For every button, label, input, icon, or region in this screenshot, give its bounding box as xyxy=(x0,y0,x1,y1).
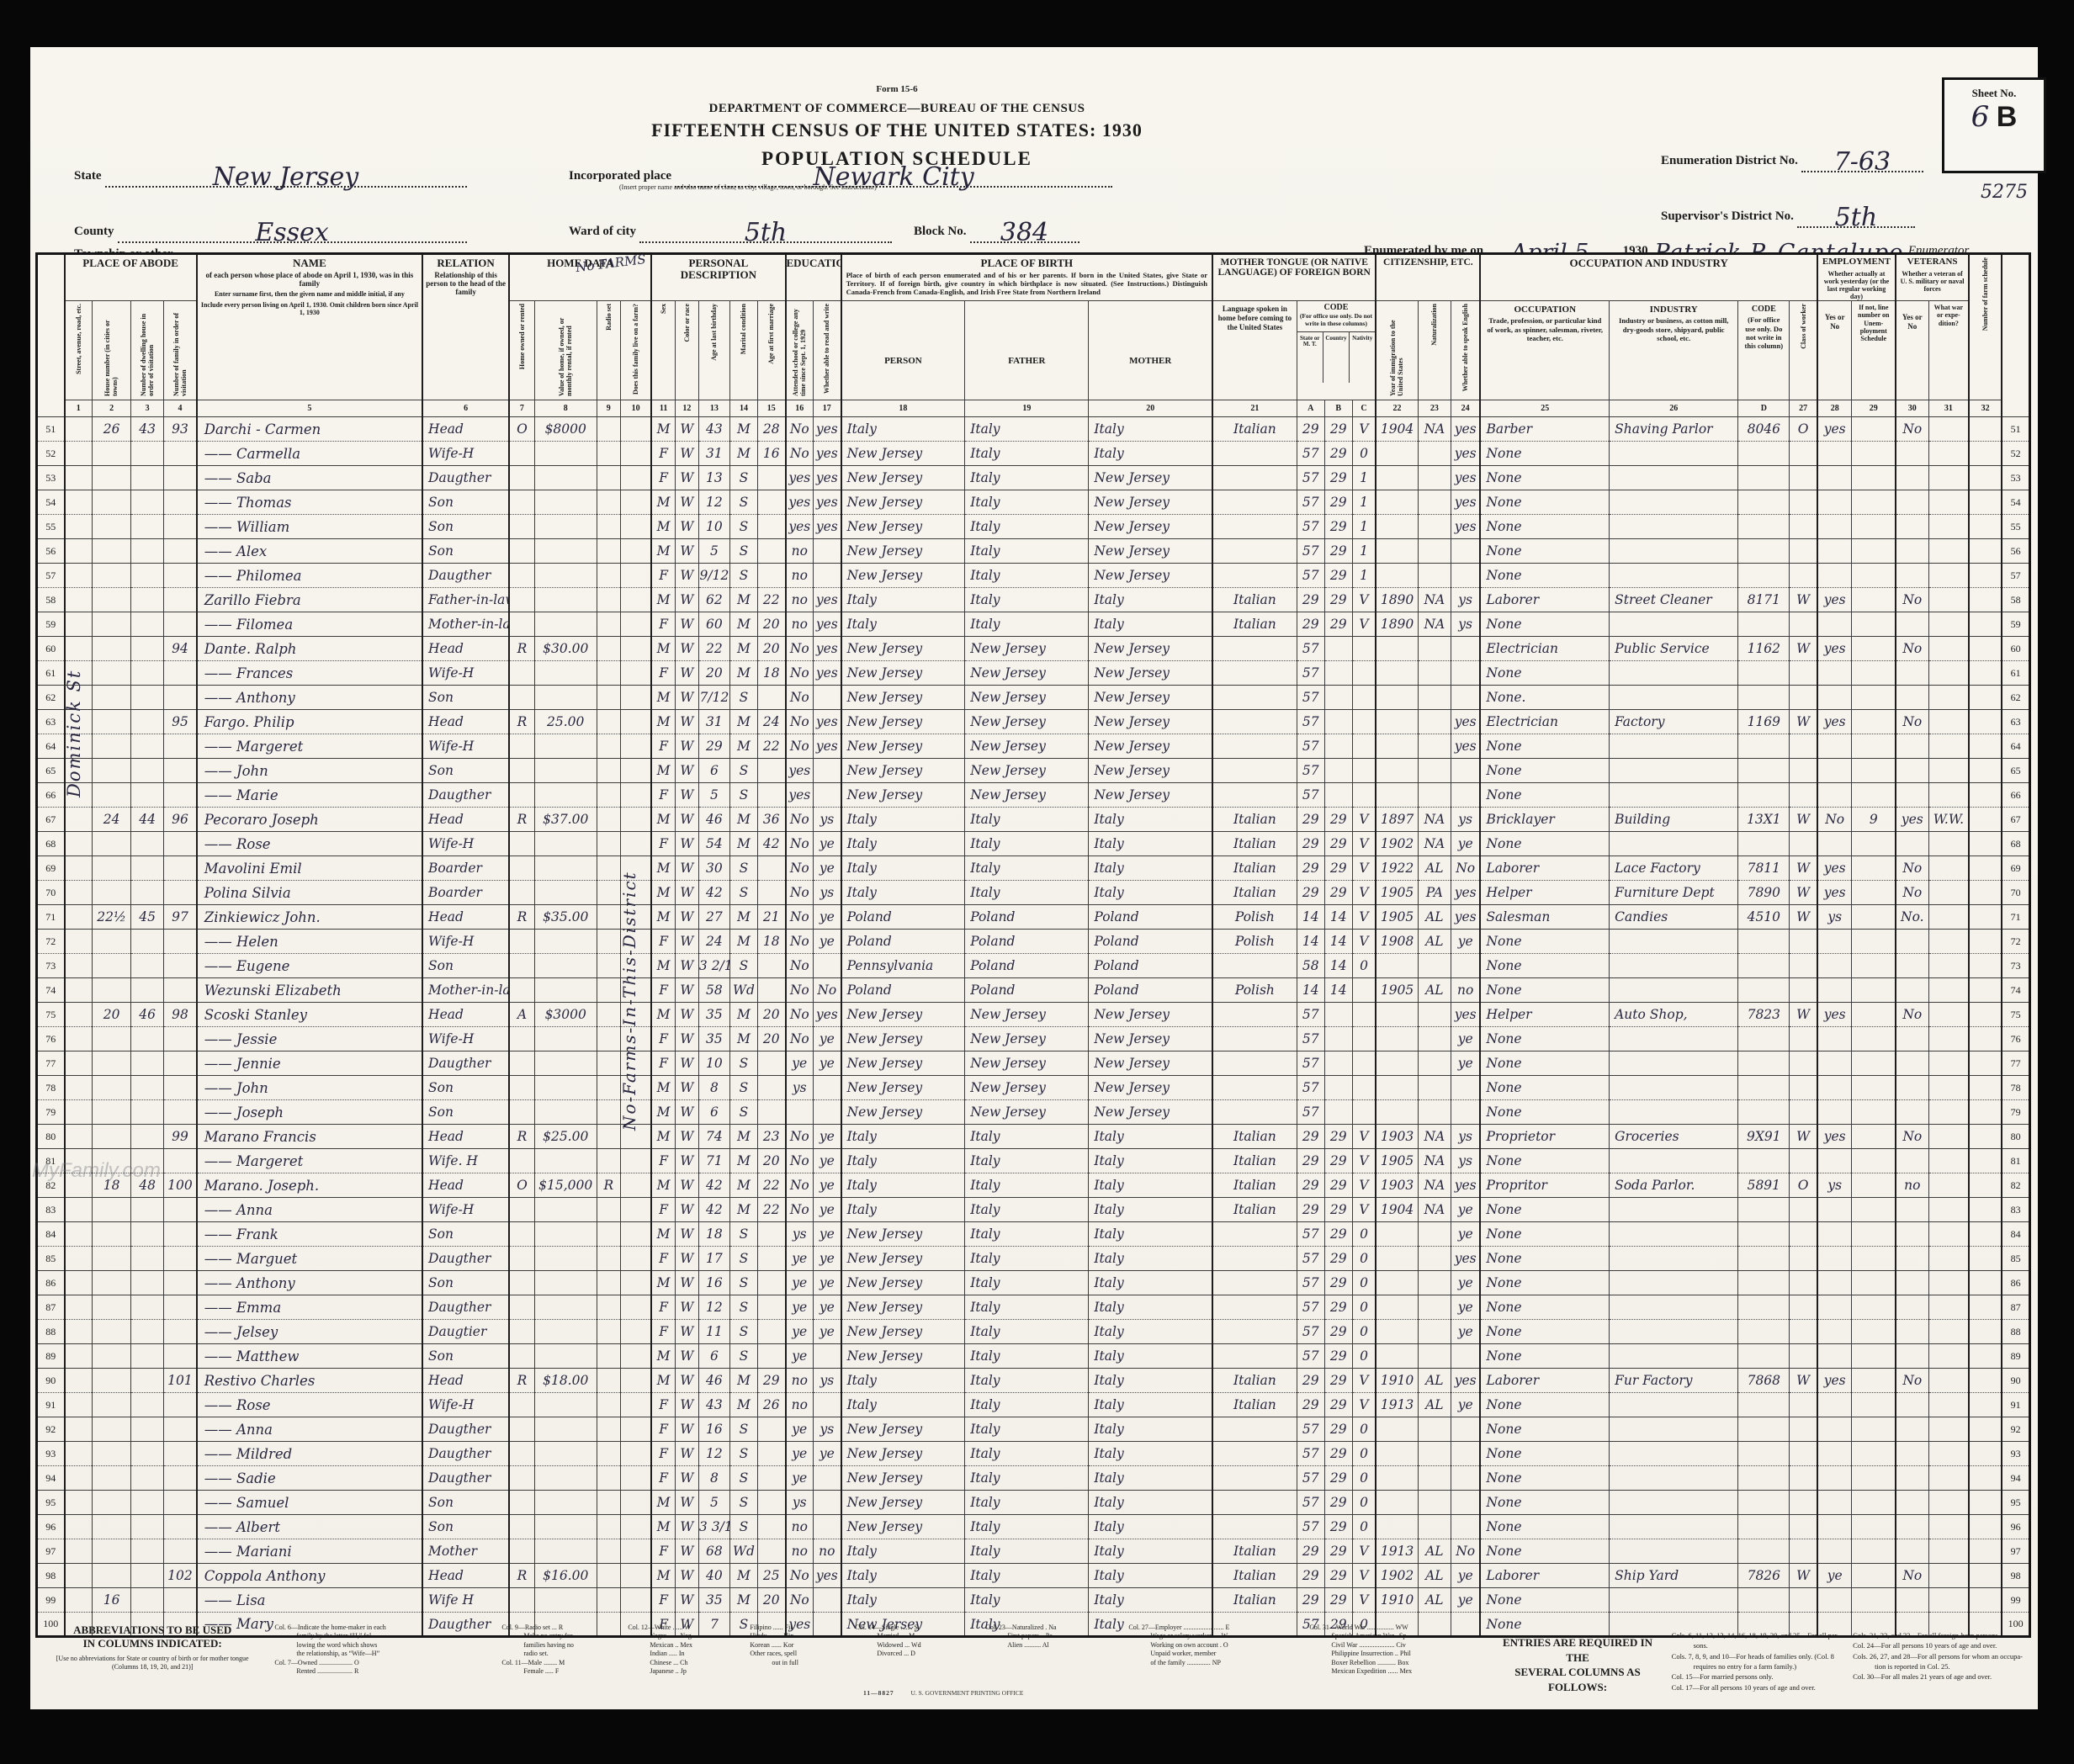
cell-mother-birthplace: Italy xyxy=(1089,856,1212,881)
cell-code-b: 29 xyxy=(1324,856,1352,881)
cell-language: Italian xyxy=(1212,1173,1297,1198)
cell-farm-schedule xyxy=(1969,905,2002,930)
col-head-house-number: House number (in cities or towns) xyxy=(93,301,131,400)
cell-age-married xyxy=(757,515,785,539)
cell-worked-yesterday: yes xyxy=(1817,417,1852,442)
cell-farm xyxy=(620,1247,651,1271)
cell-radio xyxy=(597,1466,620,1491)
cell-owned-rented xyxy=(509,1149,534,1173)
cell-name: —— Frank xyxy=(197,1222,422,1247)
cell-marital: M xyxy=(729,930,757,954)
cell-industry xyxy=(1610,564,1738,588)
column-number: 22 xyxy=(1376,400,1418,417)
cell-worked-yesterday xyxy=(1817,515,1852,539)
cell-school: No xyxy=(786,856,814,881)
cell-dwelling-number xyxy=(131,832,164,856)
cell-radio xyxy=(597,1539,620,1564)
cell-home-value: $18.00 xyxy=(534,1369,597,1393)
cell-marital: S xyxy=(729,1466,757,1491)
cell-war xyxy=(1928,1588,1969,1613)
cell-relation: Daugther xyxy=(422,1247,509,1271)
cell-class-of-worker xyxy=(1790,466,1817,490)
cell-marital: M xyxy=(729,1003,757,1027)
cell-immigration-year xyxy=(1376,1247,1418,1271)
cell-dwelling-number xyxy=(131,686,164,710)
cell-veteran xyxy=(1896,1491,1928,1515)
cell-language xyxy=(1212,490,1297,515)
cell-name: Marano Francis xyxy=(197,1125,422,1149)
cell-immigration-year xyxy=(1376,1222,1418,1247)
cell-dwelling-number xyxy=(131,856,164,881)
cell-name: —— Margeret xyxy=(197,734,422,759)
cell-occupation: None xyxy=(1480,832,1609,856)
cell-birthplace: New Jersey xyxy=(841,686,965,710)
cell-farm-schedule xyxy=(1969,539,2002,564)
cell-age: 20 xyxy=(698,661,729,686)
table-row: 90101Restivo CharlesHeadR$18.00MW46M29no… xyxy=(37,1369,2030,1393)
cell-color: W xyxy=(675,466,698,490)
cell-code-c xyxy=(1352,637,1376,661)
cell-veteran xyxy=(1896,515,1928,539)
cell-code-b: 29 xyxy=(1324,1515,1352,1539)
cell-mother-birthplace: Italy xyxy=(1089,1588,1212,1613)
cell-war xyxy=(1928,1564,1969,1588)
cell-worked-yesterday xyxy=(1817,490,1852,515)
cell-immigration-year xyxy=(1376,1271,1418,1295)
table-row: 77—— JennieDaugtherFW10SyeyeNew JerseyNe… xyxy=(37,1052,2030,1076)
cell-industry: Fur Factory xyxy=(1610,1369,1738,1393)
cell-read-write: yes xyxy=(814,637,841,661)
cell-street xyxy=(65,856,93,881)
cell-home-value xyxy=(534,539,597,564)
cell-father-birthplace: New Jersey xyxy=(965,637,1089,661)
cell-street xyxy=(65,1588,93,1613)
cell-sex: M xyxy=(651,808,675,832)
cell-color: W xyxy=(675,612,698,637)
cell-speaks-english: ye xyxy=(1451,930,1480,954)
line-number: 79 xyxy=(37,1100,65,1125)
cell-speaks-english xyxy=(1451,783,1480,808)
col-head-code-d: CODE(For office use only. Do not write i… xyxy=(1738,301,1790,400)
cell-father-birthplace: Italy xyxy=(965,490,1089,515)
cell-speaks-english: no xyxy=(1451,978,1480,1003)
cell-marital: S xyxy=(729,1320,757,1344)
cell-family-number xyxy=(164,612,197,637)
cell-code-a: 29 xyxy=(1297,1393,1324,1417)
cell-read-write xyxy=(814,1344,841,1369)
cell-radio xyxy=(597,856,620,881)
cell-mother-birthplace: Italy xyxy=(1089,881,1212,905)
cell-birthplace: New Jersey xyxy=(841,1344,965,1369)
cell-veteran xyxy=(1896,490,1928,515)
cell-war xyxy=(1928,661,1969,686)
cell-dwelling-number: 44 xyxy=(131,808,164,832)
cell-code-c: V xyxy=(1352,612,1376,637)
cell-code xyxy=(1738,978,1790,1003)
cell-farm xyxy=(620,1515,651,1539)
cell-birthplace: New Jersey xyxy=(841,783,965,808)
cell-code-c xyxy=(1352,759,1376,783)
cell-veteran xyxy=(1896,1100,1928,1125)
cell-code-c xyxy=(1352,1100,1376,1125)
group-relation: RELATIONRelationship of this person to t… xyxy=(422,254,509,400)
cell-occupation: Electrician xyxy=(1480,710,1609,734)
cell-farm-schedule xyxy=(1969,1564,2002,1588)
cell-code-b xyxy=(1324,783,1352,808)
cell-language: Italian xyxy=(1212,588,1297,612)
cell-class-of-worker xyxy=(1790,1442,1817,1466)
cell-naturalization xyxy=(1418,1003,1451,1027)
cell-age: 60 xyxy=(698,612,729,637)
col-head-street: Street, avenue, road, etc. xyxy=(65,301,93,400)
cell-code-b: 29 xyxy=(1324,1222,1352,1247)
cell-class-of-worker xyxy=(1790,1027,1817,1052)
cell-speaks-english xyxy=(1451,759,1480,783)
column-number: 32 xyxy=(1969,400,2002,417)
cell-relation: Son xyxy=(422,1222,509,1247)
watermark: MyFamily.com xyxy=(32,1159,161,1183)
form-header: Form 15-6 DEPARTMENT OF COMMERCE—BUREAU … xyxy=(30,47,2038,252)
cell-class-of-worker: O xyxy=(1790,1173,1817,1198)
cell-father-birthplace: New Jersey xyxy=(965,1076,1089,1100)
entries-columns: Cols. 6, 11, 12, 13, 14, 16, 18, 19, 20,… xyxy=(1665,1622,2029,1692)
cell-mother-birthplace: Italy xyxy=(1089,832,1212,856)
cell-veteran xyxy=(1896,1198,1928,1222)
cell-code xyxy=(1738,1100,1790,1125)
cell-speaks-english: No xyxy=(1451,1539,1480,1564)
cell-school: No xyxy=(786,637,814,661)
cell-birthplace: Poland xyxy=(841,905,965,930)
cell-speaks-english xyxy=(1451,1076,1480,1100)
cell-house-number xyxy=(93,539,131,564)
cell-farm-schedule xyxy=(1969,442,2002,466)
cell-father-birthplace: New Jersey xyxy=(965,686,1089,710)
cell-name: —— Marguet xyxy=(197,1247,422,1271)
cell-code xyxy=(1738,490,1790,515)
cell-owned-rented xyxy=(509,1295,534,1320)
cell-home-value xyxy=(534,442,597,466)
cell-dwelling-number xyxy=(131,1564,164,1588)
cell-mother-birthplace: Italy xyxy=(1089,808,1212,832)
cell-unemployment-line xyxy=(1852,1125,1896,1149)
cell-relation: Son xyxy=(422,954,509,978)
cell-industry xyxy=(1610,1466,1738,1491)
cell-house-number xyxy=(93,759,131,783)
cell-farm-schedule xyxy=(1969,1539,2002,1564)
line-number: 97 xyxy=(37,1539,65,1564)
cell-age-married: 23 xyxy=(757,1125,785,1149)
table-row: 95—— SamuelSonMW5SysNew JerseyItalyItaly… xyxy=(37,1491,2030,1515)
cell-father-birthplace: Italy xyxy=(965,1442,1089,1466)
cell-class-of-worker xyxy=(1790,954,1817,978)
cell-house-number xyxy=(93,1491,131,1515)
cell-class-of-worker xyxy=(1790,1515,1817,1539)
cell-sex: M xyxy=(651,1125,675,1149)
cell-speaks-english: yes xyxy=(1451,1369,1480,1393)
cell-read-write: yes xyxy=(814,515,841,539)
cell-class-of-worker xyxy=(1790,759,1817,783)
cell-marital: S xyxy=(729,1515,757,1539)
cell-code: 9X91 xyxy=(1738,1125,1790,1149)
cell-name: —— Sadie xyxy=(197,1466,422,1491)
cell-code-c: V xyxy=(1352,1393,1376,1417)
cell-school: No xyxy=(786,710,814,734)
cell-farm-schedule xyxy=(1969,856,2002,881)
line-number: 99 xyxy=(2002,1588,2029,1613)
col-head-speaks-english: Whether able to speak English xyxy=(1451,301,1480,400)
cell-school: ye xyxy=(786,1344,814,1369)
cell-naturalization xyxy=(1418,734,1451,759)
cell-color: W xyxy=(675,1417,698,1442)
cell-worked-yesterday: yes xyxy=(1817,637,1852,661)
cell-occupation: None xyxy=(1480,1491,1609,1515)
cell-war xyxy=(1928,930,1969,954)
cell-veteran xyxy=(1896,1539,1928,1564)
cell-industry xyxy=(1610,515,1738,539)
line-column-head xyxy=(37,254,65,417)
cell-code-a: 29 xyxy=(1297,417,1324,442)
block-value: 384 xyxy=(1000,218,1048,247)
cell-marital: S xyxy=(729,515,757,539)
cell-birthplace: New Jersey xyxy=(841,1442,965,1466)
cell-code-c: 1 xyxy=(1352,564,1376,588)
cell-veteran xyxy=(1896,686,1928,710)
cell-read-write: ye xyxy=(814,1295,841,1320)
cell-code-b xyxy=(1324,1076,1352,1100)
col-head-occupation: OCCUPATIONTrade, profession, or particul… xyxy=(1480,301,1609,400)
cell-veteran: no xyxy=(1896,1173,1928,1198)
table-row: 98102Coppola AnthonyHeadR$16.00MW40M25No… xyxy=(37,1564,2030,1588)
cell-relation: Son xyxy=(422,1076,509,1100)
cell-dwelling-number xyxy=(131,1417,164,1442)
cell-radio xyxy=(597,637,620,661)
cell-unemployment-line xyxy=(1852,417,1896,442)
cell-code-c xyxy=(1352,1052,1376,1076)
cell-sex: F xyxy=(651,1198,675,1222)
line-number: 53 xyxy=(2002,466,2029,490)
column-number: 16 xyxy=(786,400,814,417)
cell-code xyxy=(1738,612,1790,637)
line-number: 95 xyxy=(2002,1491,2029,1515)
cell-worked-yesterday: No xyxy=(1817,808,1852,832)
cell-read-write: yes xyxy=(814,490,841,515)
column-number: 20 xyxy=(1089,400,1212,417)
cell-immigration-year xyxy=(1376,1466,1418,1491)
cell-age-married: 24 xyxy=(757,710,785,734)
cell-code-a: 57 xyxy=(1297,539,1324,564)
cell-language xyxy=(1212,734,1297,759)
cell-war xyxy=(1928,637,1969,661)
cell-marital: M xyxy=(729,1027,757,1052)
cell-dwelling-number xyxy=(131,1344,164,1369)
cell-read-write xyxy=(814,1100,841,1125)
cell-speaks-english: No xyxy=(1451,856,1480,881)
col-head-language: Language spoken in home before coming to… xyxy=(1212,301,1297,400)
cell-veteran xyxy=(1896,1417,1928,1442)
cell-war xyxy=(1928,1393,1969,1417)
cell-read-write: ye xyxy=(814,1442,841,1466)
cell-family-number xyxy=(164,564,197,588)
cell-dwelling-number xyxy=(131,1052,164,1076)
margin-number: 5275 xyxy=(1981,182,2028,203)
cell-color: W xyxy=(675,881,698,905)
cell-code-c: 0 xyxy=(1352,1491,1376,1515)
cell-industry xyxy=(1610,661,1738,686)
cell-war xyxy=(1928,1320,1969,1344)
cell-language xyxy=(1212,442,1297,466)
cell-owned-rented xyxy=(509,856,534,881)
cell-color: W xyxy=(675,637,698,661)
cell-code-a: 57 xyxy=(1297,1027,1324,1052)
cell-code-b: 29 xyxy=(1324,1198,1352,1222)
line-number: 87 xyxy=(2002,1295,2029,1320)
cell-farm xyxy=(620,417,651,442)
cell-code-b xyxy=(1324,759,1352,783)
cell-code-c: V xyxy=(1352,856,1376,881)
cell-speaks-english: ye xyxy=(1451,1588,1480,1613)
cell-sex: F xyxy=(651,1588,675,1613)
cell-birthplace: New Jersey xyxy=(841,759,965,783)
cell-farm-schedule xyxy=(1969,1271,2002,1295)
cell-home-value xyxy=(534,978,597,1003)
cell-farm xyxy=(620,490,651,515)
cell-code-a: 57 xyxy=(1297,710,1324,734)
cell-immigration-year xyxy=(1376,1515,1418,1539)
cell-name: —— Rose xyxy=(197,1393,422,1417)
cell-age-married xyxy=(757,881,785,905)
cell-school: no xyxy=(786,564,814,588)
cell-immigration-year: 1902 xyxy=(1376,1564,1418,1588)
cell-occupation: Barber xyxy=(1480,417,1609,442)
cell-radio xyxy=(597,978,620,1003)
table-row: 89—— MatthewSonMW6SyeNew JerseyItalyItal… xyxy=(37,1344,2030,1369)
line-number: 82 xyxy=(2002,1173,2029,1198)
cell-age: 6 xyxy=(698,759,729,783)
cell-age: 8 xyxy=(698,1466,729,1491)
cell-class-of-worker xyxy=(1790,1052,1817,1076)
column-number: 19 xyxy=(965,400,1089,417)
cell-speaks-english xyxy=(1451,1100,1480,1125)
cell-relation: Daugther xyxy=(422,466,509,490)
cell-relation: Boarder xyxy=(422,856,509,881)
cell-radio xyxy=(597,905,620,930)
cell-farm-schedule xyxy=(1969,1125,2002,1149)
cell-age-married xyxy=(757,1320,785,1344)
cell-code-b: 29 xyxy=(1324,808,1352,832)
cell-industry xyxy=(1610,1076,1738,1100)
cell-occupation: None xyxy=(1480,930,1609,954)
cell-code-c xyxy=(1352,1003,1376,1027)
cell-radio xyxy=(597,1149,620,1173)
line-number: 54 xyxy=(37,490,65,515)
cell-home-value: $30.00 xyxy=(534,637,597,661)
cell-veteran xyxy=(1896,1320,1928,1344)
cell-relation: Son xyxy=(422,539,509,564)
column-number: 17 xyxy=(814,400,841,417)
cell-language: Italian xyxy=(1212,1588,1297,1613)
cell-mother-birthplace: New Jersey xyxy=(1089,710,1212,734)
cell-father-birthplace: Italy xyxy=(965,1515,1089,1539)
col-head-radio: Radio set xyxy=(597,301,620,400)
cell-farm-schedule xyxy=(1969,417,2002,442)
cell-industry: Building xyxy=(1610,808,1738,832)
cell-sex: F xyxy=(651,1442,675,1466)
cell-radio xyxy=(597,1222,620,1247)
cell-home-value xyxy=(534,1076,597,1100)
cell-dwelling-number xyxy=(131,759,164,783)
cell-code-a: 57 xyxy=(1297,1491,1324,1515)
cell-code-a: 57 xyxy=(1297,1052,1324,1076)
cell-naturalization xyxy=(1418,1515,1451,1539)
cell-industry: Auto Shop, xyxy=(1610,1003,1738,1027)
cell-code-b: 29 xyxy=(1324,442,1352,466)
entries-column: Cols. 21, 22, and 23—For all foreign-bor… xyxy=(1846,1622,2029,1692)
cell-war xyxy=(1928,832,1969,856)
cell-class-of-worker xyxy=(1790,442,1817,466)
cell-code-b xyxy=(1324,734,1352,759)
cell-birthplace: Pennsylvania xyxy=(841,954,965,978)
cell-war xyxy=(1928,1515,1969,1539)
cell-farm-schedule xyxy=(1969,1003,2002,1027)
cell-age-married: 20 xyxy=(757,1003,785,1027)
column-number: 4 xyxy=(164,400,197,417)
cell-father-birthplace: Italy xyxy=(965,1222,1089,1247)
cell-speaks-english xyxy=(1451,1417,1480,1442)
group-employment: EMPLOYMENTWhether actually at work yeste… xyxy=(1817,254,1896,301)
cell-house-number xyxy=(93,1564,131,1588)
cell-unemployment-line xyxy=(1852,539,1896,564)
cell-code-a: 29 xyxy=(1297,1369,1324,1393)
cell-immigration-year xyxy=(1376,759,1418,783)
cell-farm xyxy=(620,1588,651,1613)
cell-sex: F xyxy=(651,1393,675,1417)
cell-occupation: None xyxy=(1480,978,1609,1003)
cell-worked-yesterday xyxy=(1817,442,1852,466)
cell-radio xyxy=(597,1344,620,1369)
cell-code-b: 29 xyxy=(1324,1417,1352,1442)
line-number: 89 xyxy=(37,1344,65,1369)
cell-birthplace: Italy xyxy=(841,856,965,881)
cell-code-c xyxy=(1352,661,1376,686)
cell-name: Zinkiewicz John. xyxy=(197,905,422,930)
cell-farm-schedule xyxy=(1969,759,2002,783)
cell-worked-yesterday xyxy=(1817,661,1852,686)
table-header: PLACE OF ABODENAMEof each person whose p… xyxy=(37,254,2030,417)
cell-speaks-english: ys xyxy=(1451,1125,1480,1149)
cell-worked-yesterday xyxy=(1817,1100,1852,1125)
column-number: 24 xyxy=(1451,400,1480,417)
column-number: 28 xyxy=(1817,400,1852,417)
cell-home-value xyxy=(534,1588,597,1613)
cell-color: W xyxy=(675,539,698,564)
cell-naturalization xyxy=(1418,710,1451,734)
line-number: 67 xyxy=(37,808,65,832)
cell-worked-yesterday xyxy=(1817,783,1852,808)
cell-unemployment-line xyxy=(1852,1295,1896,1320)
cell-code-c: V xyxy=(1352,832,1376,856)
cell-family-number xyxy=(164,442,197,466)
cell-house-number xyxy=(93,783,131,808)
line-number: 90 xyxy=(37,1369,65,1393)
cell-code-c: 0 xyxy=(1352,1271,1376,1295)
cell-street xyxy=(65,881,93,905)
cell-dwelling-number xyxy=(131,930,164,954)
cell-code xyxy=(1738,661,1790,686)
cell-code xyxy=(1738,1588,1790,1613)
cell-radio xyxy=(597,1393,620,1417)
cell-war xyxy=(1928,1149,1969,1173)
cell-code xyxy=(1738,686,1790,710)
